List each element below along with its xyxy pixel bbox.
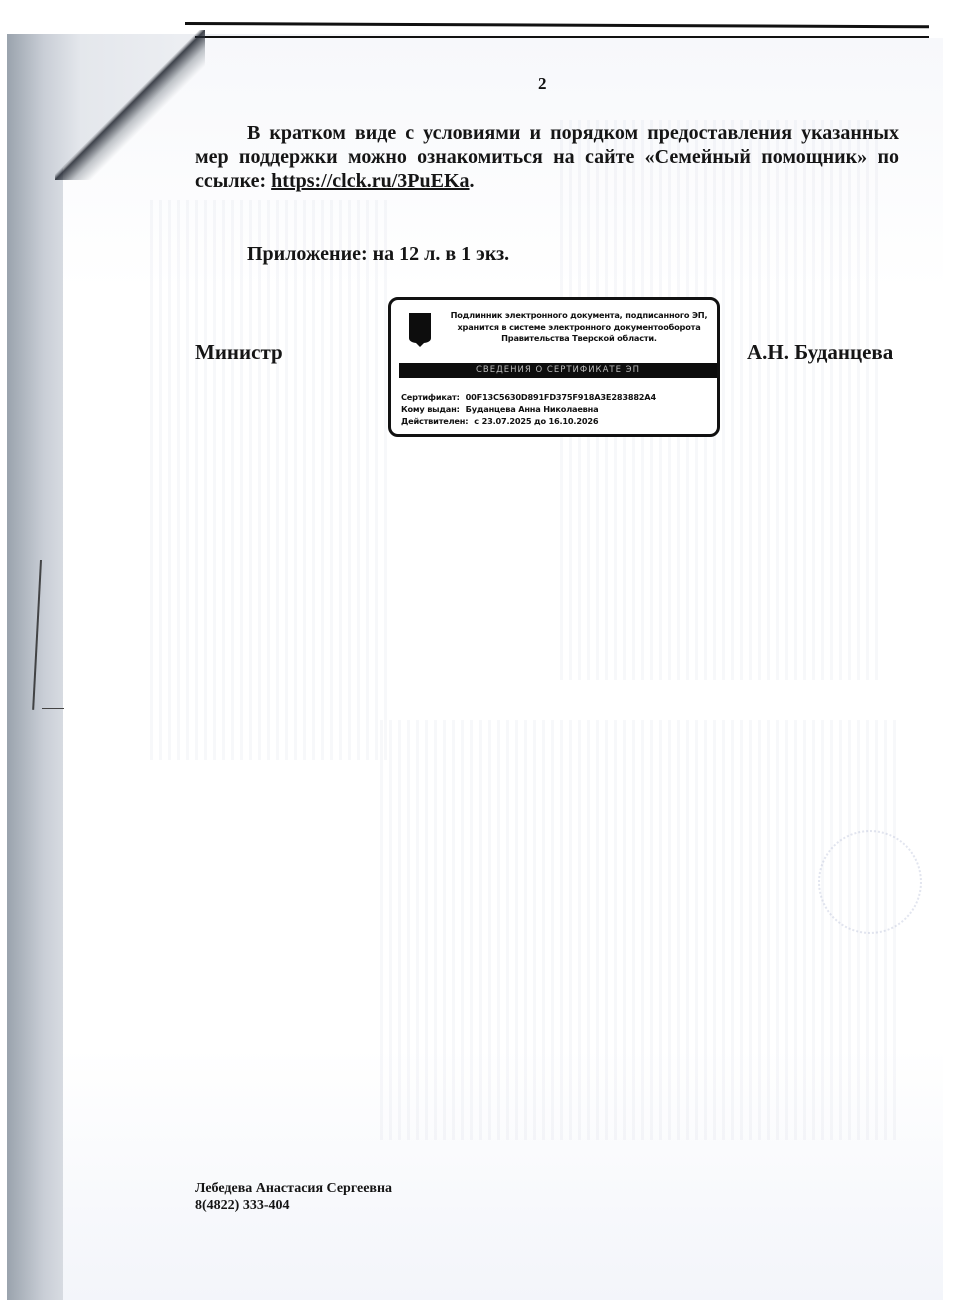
issued-to-label: Кому выдан: (401, 403, 460, 415)
valid-label: Действителен: (401, 415, 468, 427)
page-edge-notch (42, 708, 64, 709)
certificate-info-bar: СВЕДЕНИЯ О СЕРТИФИКАТЕ ЭП (399, 363, 717, 378)
stamp-header-line: Подлинник электронного документа, подпис… (443, 310, 715, 322)
certificate-value: 00F13C5630D891FD375F918A3E283882A4 (466, 392, 656, 402)
valid-value: с 23.07.2025 до 16.10.2026 (474, 416, 598, 426)
certificate-row: Сертификат:00F13C5630D891FD375F918A3E283… (401, 391, 656, 403)
valid-row: Действителен:с 23.07.2025 до 16.10.2026 (401, 415, 656, 427)
coat-of-arms-shield-icon (408, 312, 432, 348)
issued-to-row: Кому выдан:Буданцева Анна Николаевна (401, 403, 656, 415)
issued-to-value: Буданцева Анна Николаевна (466, 404, 599, 414)
bleed-through-seal (818, 830, 922, 934)
signer-title: Министр (195, 340, 283, 364)
support-link[interactable]: https://clck.ru/3PuEKa (271, 170, 469, 192)
certificate-details: Сертификат:00F13C5630D891FD375F918A3E283… (401, 391, 656, 427)
document-page (63, 38, 943, 1300)
stamp-header: Подлинник электронного документа, подпис… (443, 310, 715, 345)
electronic-signature-stamp: Подлинник электронного документа, подпис… (388, 297, 720, 437)
executor-block: Лебедева Анастасия Сергеевна 8(4822) 333… (195, 1180, 392, 1214)
scan-frame-line (185, 22, 929, 28)
executor-name: Лебедева Анастасия Сергеевна (195, 1180, 392, 1197)
certificate-label: Сертификат: (401, 391, 460, 403)
body-paragraph: В кратком виде с условиями и порядком пр… (195, 121, 899, 193)
stamp-header-line: хранится в системе электронного документ… (443, 322, 715, 334)
attachment-note: Приложение: на 12 л. в 1 экз. (247, 242, 509, 266)
paragraph-end: . (470, 170, 475, 192)
executor-phone: 8(4822) 333-404 (195, 1197, 392, 1214)
signer-name: А.Н. Буданцева (747, 340, 893, 364)
page-number: 2 (538, 74, 547, 94)
stamp-header-line: Правительства Тверской области. (443, 333, 715, 345)
